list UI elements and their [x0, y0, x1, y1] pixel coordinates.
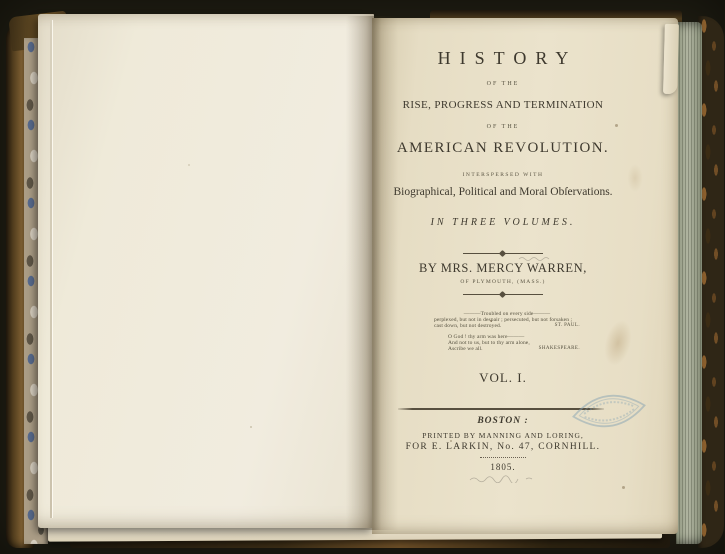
imprint-bookseller: FOR E. LARKIN, No. 47, CORNHILL.	[372, 442, 634, 452]
photo-background: HISTORY OF THE RISE, PROGRESS AND TERMIN…	[0, 0, 725, 554]
blank-flyleaf-page	[38, 14, 374, 528]
page-corner-flap	[663, 24, 679, 94]
pencil-annotation	[518, 254, 554, 262]
title-of-the-upper: OF THE	[372, 81, 634, 87]
title-of-the-lower: OF THE	[372, 124, 634, 130]
foxing-stain	[593, 307, 644, 380]
epigraph-shakespeare-line3-row: Ascribe we all. SHAKESPEARE.	[434, 346, 580, 352]
observations-line: Biographical, Political and Moral Obſerv…	[372, 186, 634, 198]
epigraph-paul-line3: cast down, but not destroyed.	[434, 323, 501, 329]
imprint-printer: PRINTED BY MANNING AND LORING,	[372, 431, 634, 440]
imprint-year: 1805.	[372, 462, 634, 472]
rule-diamond-ornament	[499, 250, 506, 257]
page-stack-edge	[50, 20, 52, 518]
rule-diamond-ornament	[499, 291, 506, 298]
volume-label: VOL. I.	[372, 370, 634, 386]
epigraph-shakespeare-line3: Ascribe we all.	[434, 346, 483, 352]
foxing-speck	[188, 164, 190, 166]
author-residence: OF PLYMOUTH, (MASS.)	[372, 279, 634, 285]
interspersed-note: INTERSPERSED WITH	[372, 172, 634, 178]
title-main-subject: AMERICAN REVOLUTION.	[372, 140, 634, 157]
foxing-speck	[250, 426, 252, 428]
epigraph-shakespeare-attribution: SHAKESPEARE.	[539, 346, 580, 352]
title-page: HISTORY OF THE RISE, PROGRESS AND TERMIN…	[372, 18, 678, 534]
ink-speck	[615, 124, 618, 127]
decorative-rule	[463, 292, 543, 297]
foxing-stain	[624, 158, 646, 198]
title-series: RISE, PROGRESS AND TERMINATION	[372, 99, 634, 111]
epigraph-paul-attribution: ST. PAUL.	[555, 323, 580, 329]
epigraph-block: ———Troubled on every side——— perplexed, …	[434, 311, 580, 352]
foxing-speck	[490, 320, 492, 322]
volumes-note: IN THREE VOLUMES.	[372, 217, 634, 228]
author-line: BY MRS. MERCY WARREN,	[372, 261, 634, 276]
imprint-city: BOSTON :	[372, 416, 634, 426]
foxing-speck	[622, 486, 625, 489]
foxing-speck	[450, 440, 452, 442]
page-block-fore-edge	[676, 22, 702, 544]
title-history: HISTORY	[372, 48, 634, 69]
dotted-rule	[480, 457, 526, 458]
pencil-annotation	[468, 474, 540, 483]
